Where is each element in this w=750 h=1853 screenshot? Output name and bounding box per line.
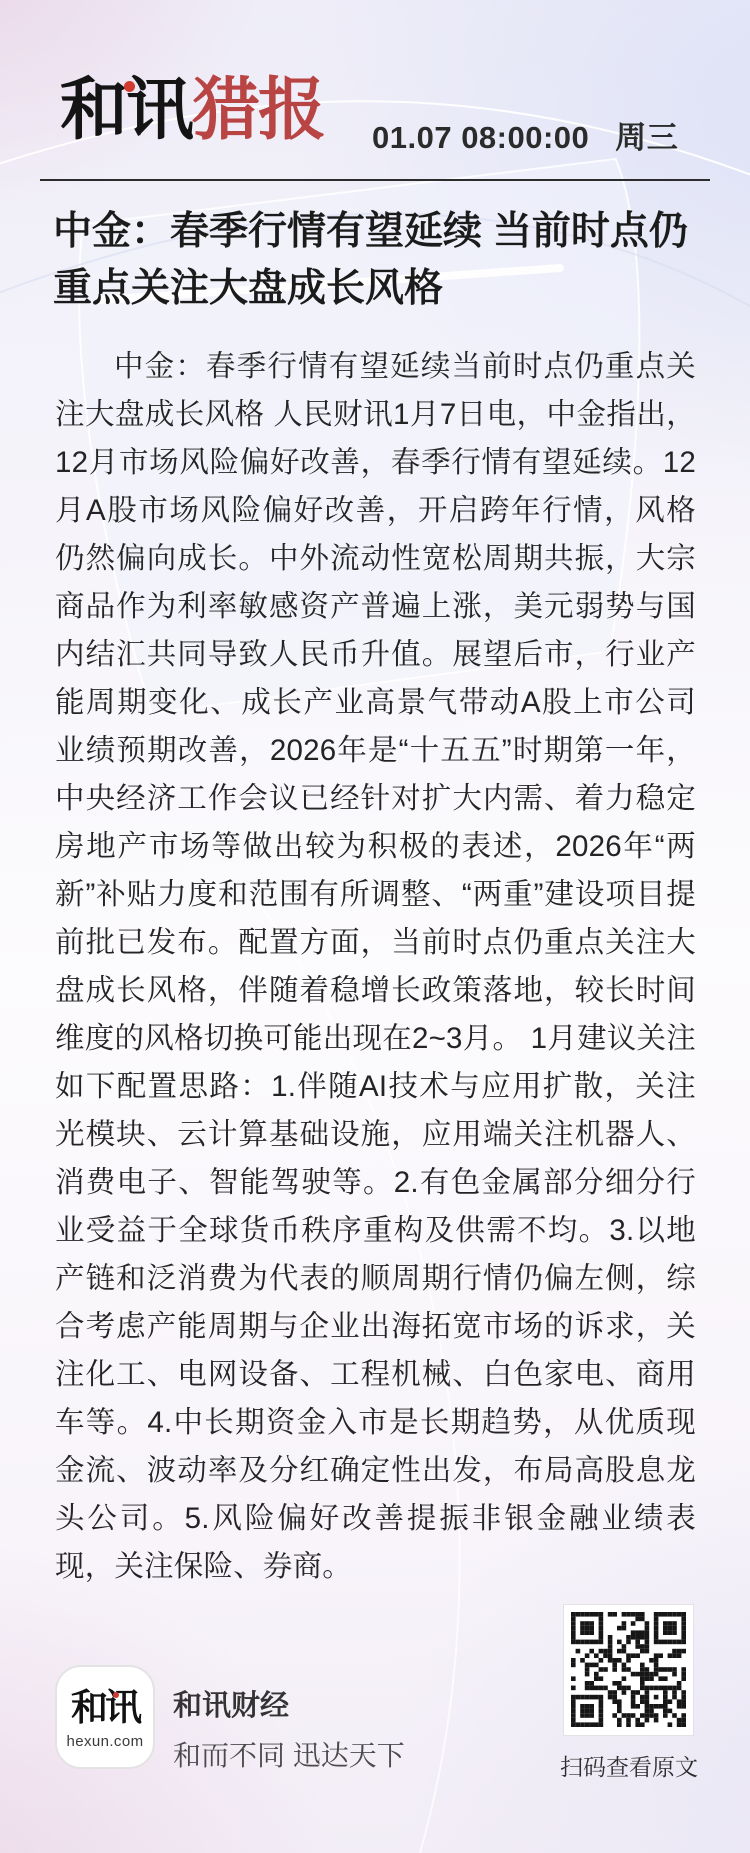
footer-brand-name: 和讯财经 xyxy=(173,1683,289,1724)
weekday-text: 周三 xyxy=(615,120,678,155)
footer-slogan: 和而不同 迅达天下 xyxy=(173,1734,405,1774)
app-icon-logo-text: 和讯 xyxy=(57,1689,153,1726)
app-icon-domain-text: hexun.com xyxy=(57,1733,153,1750)
hexun-liebao-logo: 和讯猎报 xyxy=(60,76,324,144)
news-card: 和讯猎报 01.07 08:00:00周三 中金：春季行情有望延续 当前时点仍重… xyxy=(0,0,750,1853)
hexun-app-icon: 和讯 hexun.com xyxy=(55,1665,155,1769)
qr-code xyxy=(563,1604,694,1736)
logo-red-dot-icon xyxy=(124,81,135,92)
header-divider xyxy=(40,179,710,181)
app-icon-red-dot-icon xyxy=(113,1692,119,1698)
article-body: 中金：春季行情有望延续当前时点仍重点关注大盘成长风格 人民财讯1月7日电，中金指… xyxy=(55,343,696,1591)
article-title: 中金：春季行情有望延续 当前时点仍重点关注大盘成长风格 xyxy=(53,203,709,317)
logo-text-liebao: 猎报 xyxy=(192,72,324,148)
publish-datetime: 01.07 08:00:00周三 xyxy=(372,112,678,157)
qr-code-pattern-icon xyxy=(571,1612,686,1727)
date-time-text: 01.07 08:00:00 xyxy=(372,120,589,155)
qr-caption: 扫码查看原文 xyxy=(541,1749,717,1782)
